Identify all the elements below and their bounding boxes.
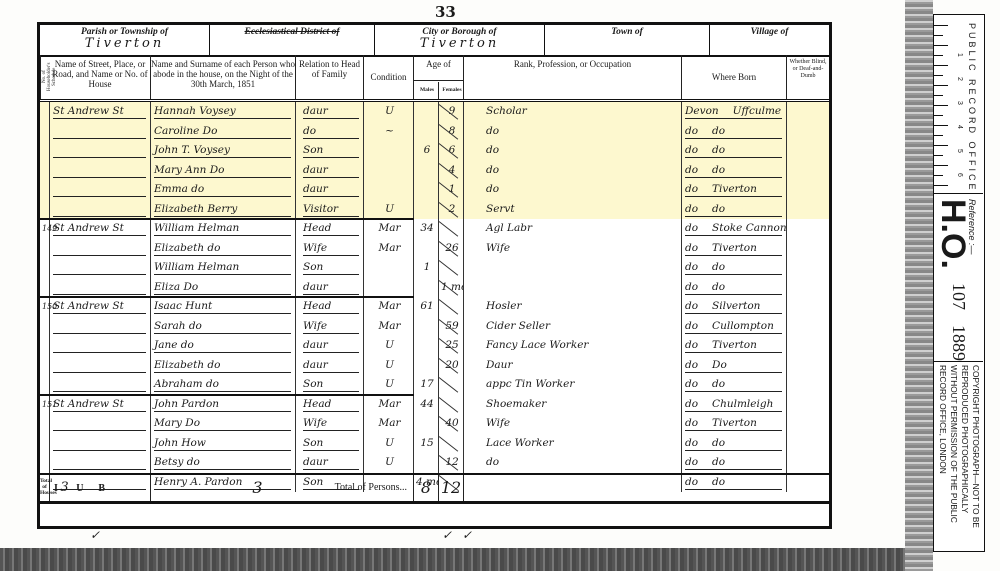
- born-place: Do: [712, 359, 727, 371]
- born-place: Silverton: [712, 300, 760, 312]
- ruler-title: PUBLIC RECORD OFFICE: [967, 23, 977, 193]
- born-place: Tiverton: [712, 183, 757, 195]
- occupation-cell: Wife: [464, 414, 682, 434]
- female-age-cell: 2: [439, 200, 464, 220]
- born-cell: DevonUffculme: [682, 102, 787, 122]
- relation-cell: daur: [296, 161, 364, 181]
- tick-mark: ✓: [462, 528, 472, 542]
- born-place: Tiverton: [712, 417, 757, 429]
- header-blind-deaf: Whether Blind, or Deaf-and-Dumb: [787, 55, 829, 99]
- relation: Son: [303, 375, 359, 392]
- borough-cell: City or Borough of Tiverton: [375, 25, 545, 55]
- ruler-tick: [934, 105, 948, 106]
- occupation-cell: do: [464, 161, 682, 181]
- schedule-cell: [40, 258, 50, 278]
- name-cell: Mary Ann Do: [151, 161, 296, 181]
- male-age-cell: 6: [414, 141, 439, 161]
- condition: U: [385, 359, 394, 371]
- male-age-cell: [414, 200, 439, 220]
- copyright-notice: COPYRIGHT PHOTOGRAPH—NOT TO BE REPRODUCE…: [937, 365, 981, 545]
- name: Emma do: [154, 180, 291, 197]
- header-age-of: Age of: [414, 55, 463, 81]
- born-cell: doStoke Cannon: [682, 219, 787, 239]
- ruler-tick: [934, 75, 943, 76]
- female-age-cell: 1: [439, 180, 464, 200]
- female-age-cell: 20: [439, 356, 464, 376]
- condition-cell: U: [364, 356, 414, 376]
- schedule-cell: [40, 141, 50, 161]
- street-cell: [50, 278, 151, 298]
- street: [53, 453, 146, 470]
- relation: daur: [303, 356, 359, 373]
- born-county: do: [685, 320, 698, 332]
- condition-cell: ~: [364, 122, 414, 142]
- street: [53, 161, 146, 178]
- where-born: doStoke Cannon: [685, 219, 782, 236]
- tick-mark: ✓: [90, 528, 100, 542]
- male-age-cell: [414, 180, 439, 200]
- where-born: dodo: [685, 141, 782, 158]
- table-row: Caroline Dodo~8dododo: [40, 122, 829, 142]
- table-row: Jane dodaurU25Fancy Lace WorkerdoTiverto…: [40, 336, 829, 356]
- occupation: Servt: [486, 203, 515, 215]
- occupation-cell: Scholar: [464, 102, 682, 122]
- occupation-cell: Agl Labr: [464, 219, 682, 239]
- street: [53, 375, 146, 392]
- table-row: St Andrew StHannah VoyseydaurU9ScholarDe…: [40, 102, 829, 122]
- condition: U: [385, 203, 394, 215]
- header-occupation: Rank, Profession, or Occupation: [464, 55, 682, 99]
- ruler: PUBLIC RECORD OFFICE 123456: [934, 15, 983, 194]
- name-cell: Mary Do: [151, 414, 296, 434]
- relation: daur: [303, 161, 359, 178]
- schedule-cell: 150: [40, 297, 50, 317]
- condition: U: [385, 105, 394, 117]
- occupation: Daur: [486, 359, 512, 371]
- ruler-number: 6: [956, 173, 963, 177]
- name: Abraham do: [154, 375, 291, 392]
- table-row: Sarah doWifeMar59Cider SellerdoCullompto…: [40, 317, 829, 337]
- street-cell: [50, 141, 151, 161]
- occupation-cell: [464, 258, 682, 278]
- born-county: do: [685, 378, 698, 390]
- condition-cell: Mar: [364, 239, 414, 259]
- total-houses-label: Total of Houses: [40, 475, 50, 501]
- condition: Mar: [378, 300, 400, 312]
- ruler-tick: [934, 35, 943, 36]
- condition-cell: [364, 258, 414, 278]
- female-age-cell: 1 mo: [439, 278, 464, 298]
- name: Hannah Voysey: [154, 102, 291, 119]
- blind-cell: [787, 258, 829, 278]
- blind-cell: [787, 414, 829, 434]
- born-county: do: [685, 183, 698, 195]
- relation: daur: [303, 336, 359, 353]
- born-cell: doChulmleigh: [682, 395, 787, 415]
- male-age-cell: 34: [414, 219, 439, 239]
- schedule-cell: [40, 317, 50, 337]
- name-cell: John T. Voysey: [151, 141, 296, 161]
- blind-cell: [787, 434, 829, 454]
- ruler-tick: [934, 65, 948, 66]
- street-cell: [50, 258, 151, 278]
- parish-cell: Parish or Township of Tiverton: [40, 25, 210, 55]
- ruler-tick: [934, 185, 948, 186]
- street-cell: [50, 356, 151, 376]
- born-place: do: [712, 125, 725, 137]
- relation: do: [303, 122, 359, 139]
- header-males: Males: [416, 82, 439, 99]
- where-born: doSilverton: [685, 297, 782, 314]
- name-cell: Elizabeth do: [151, 239, 296, 259]
- occupation-cell: [464, 278, 682, 298]
- born-county: do: [685, 300, 698, 312]
- born-county: Devon: [685, 105, 719, 117]
- name: Elizabeth do: [154, 239, 291, 256]
- male-age-cell: 17: [414, 375, 439, 395]
- condition: U: [385, 456, 394, 468]
- total-males: 8: [414, 475, 439, 501]
- female-age-cell: 6: [439, 141, 464, 161]
- street-cell: [50, 122, 151, 142]
- male-age-cell: [414, 161, 439, 181]
- occupation: Shoemaker: [486, 398, 546, 410]
- series-number: 107: [948, 283, 969, 310]
- name: Isaac Hunt: [154, 297, 291, 314]
- relation-cell: Head: [296, 395, 364, 415]
- blind-cell: [787, 122, 829, 142]
- name-cell: Elizabeth Berry: [151, 200, 296, 220]
- occupation-cell: do: [464, 141, 682, 161]
- piece-number: 1889: [948, 325, 969, 361]
- ecclesiastical-label: Ecclesiastical District of: [210, 27, 374, 37]
- female-age-cell: [439, 219, 464, 239]
- street-cell: St Andrew St: [50, 102, 151, 122]
- relation-cell: Son: [296, 141, 364, 161]
- male-age-cell: [414, 102, 439, 122]
- blind-cell: [787, 278, 829, 298]
- relation-cell: do: [296, 122, 364, 142]
- male-age-cell: 61: [414, 297, 439, 317]
- name-cell: Jane do: [151, 336, 296, 356]
- occupation: Wife: [486, 242, 510, 254]
- born-cell: dodo: [682, 122, 787, 142]
- condition-cell: U: [364, 200, 414, 220]
- relation-cell: daur: [296, 102, 364, 122]
- relation: Wife: [303, 239, 359, 256]
- table-row: 151St Andrew StJohn PardonHeadMar44Shoem…: [40, 395, 829, 415]
- condition: Mar: [378, 417, 400, 429]
- name-cell: John How: [151, 434, 296, 454]
- female-age-cell: [439, 375, 464, 395]
- household-separator: [40, 296, 414, 298]
- born-place: do: [712, 203, 725, 215]
- condition-cell: U: [364, 336, 414, 356]
- relation: daur: [303, 453, 359, 470]
- born-cell: doTiverton: [682, 414, 787, 434]
- header-relation: Relation to Head of Family: [296, 55, 364, 99]
- female-age-cell: 59: [439, 317, 464, 337]
- scan-edge-right: [905, 0, 933, 571]
- street-cell: St Andrew St: [50, 219, 151, 239]
- where-born: dodo: [685, 200, 782, 217]
- where-born: dodo: [685, 434, 782, 451]
- born-cell: dodo: [682, 161, 787, 181]
- born-cell: dodo: [682, 375, 787, 395]
- born-place: do: [712, 164, 725, 176]
- street: St Andrew St: [53, 297, 146, 314]
- street-cell: [50, 180, 151, 200]
- relation-cell: Wife: [296, 317, 364, 337]
- where-born: dodo: [685, 161, 782, 178]
- house-counts: I 3 U B: [50, 475, 151, 501]
- census-sheet: Parish or Township of Tiverton Ecclesias…: [37, 22, 832, 529]
- born-place: Tiverton: [712, 242, 757, 254]
- female-age-cell: 8: [439, 122, 464, 142]
- born-place: do: [712, 281, 725, 293]
- name-cell: Isaac Hunt: [151, 297, 296, 317]
- relation-cell: Son: [296, 258, 364, 278]
- born-cell: doTiverton: [682, 336, 787, 356]
- male-age-cell: 1: [414, 258, 439, 278]
- condition-cell: [364, 161, 414, 181]
- district-header: Parish or Township of Tiverton Ecclesias…: [40, 25, 829, 57]
- street-cell: [50, 336, 151, 356]
- condition-cell: U: [364, 102, 414, 122]
- reference-label: Reference :—: [967, 199, 977, 255]
- born-county: do: [685, 203, 698, 215]
- born-county: do: [685, 398, 698, 410]
- relation-cell: Son: [296, 375, 364, 395]
- relation: daur: [303, 102, 359, 119]
- header-condition: Condition: [364, 55, 414, 99]
- table-row: Eliza Dodaur1 mododo: [40, 278, 829, 298]
- table-row: 149St Andrew StWilliam HelmanHeadMar34Ag…: [40, 219, 829, 239]
- relation-cell: daur: [296, 180, 364, 200]
- street: [53, 336, 146, 353]
- table-row: 150St Andrew StIsaac HuntHeadMar61Hosler…: [40, 297, 829, 317]
- name: William Helman: [154, 219, 291, 236]
- relation: daur: [303, 278, 359, 295]
- male-age: 1: [424, 261, 431, 273]
- town-label: Town of: [545, 27, 709, 37]
- schedule-cell: [40, 278, 50, 298]
- street-cell: [50, 239, 151, 259]
- blind-cell: [787, 375, 829, 395]
- street: [53, 141, 146, 158]
- where-born: dodo: [685, 453, 782, 470]
- ruler-number: 4: [956, 125, 963, 129]
- name: Sarah do: [154, 317, 291, 334]
- born-cell: doTiverton: [682, 239, 787, 259]
- condition-cell: Mar: [364, 395, 414, 415]
- occupation-cell: Wife: [464, 239, 682, 259]
- occupation: Fancy Lace Worker: [486, 339, 588, 351]
- schedule-cell: [40, 434, 50, 454]
- born-place: Stoke Cannon: [712, 222, 787, 234]
- born-county: do: [685, 437, 698, 449]
- occupation: Scholar: [486, 105, 527, 117]
- born-county: do: [685, 417, 698, 429]
- born-place: Cullompton: [712, 320, 774, 332]
- uninhabited-prefix: U: [76, 483, 83, 494]
- blind-cell: [787, 219, 829, 239]
- total-persons-label: Total of Persons...: [329, 475, 414, 501]
- occupation: Agl Labr: [486, 222, 532, 234]
- ruler-number: 1: [956, 53, 963, 57]
- street: St Andrew St: [53, 102, 146, 119]
- male-age: 34: [420, 222, 433, 234]
- relation: Visitor: [303, 200, 359, 217]
- street: [53, 278, 146, 295]
- female-age-cell: 25: [439, 336, 464, 356]
- ruler-tick: [934, 55, 943, 56]
- schedule-cell: [40, 122, 50, 142]
- born-county: do: [685, 164, 698, 176]
- blind-cell: [787, 395, 829, 415]
- ecclesiastical-cell: Ecclesiastical District of: [210, 25, 375, 55]
- street: [53, 356, 146, 373]
- condition: Mar: [378, 398, 400, 410]
- born-place: do: [712, 437, 725, 449]
- occupation-cell: do: [464, 122, 682, 142]
- where-born: doChulmleigh: [685, 395, 782, 412]
- ruler-tick: [934, 85, 948, 86]
- table-row: Abraham doSonU17appc Tin Workerdodo: [40, 375, 829, 395]
- born-cell: dodo: [682, 200, 787, 220]
- occupation-cell: Shoemaker: [464, 395, 682, 415]
- ruler-tick: [934, 175, 943, 176]
- female-age-cell: [439, 395, 464, 415]
- where-born: dodo: [685, 375, 782, 392]
- schedule-cell: [40, 200, 50, 220]
- name-cell: Abraham do: [151, 375, 296, 395]
- relation-cell: Head: [296, 297, 364, 317]
- ruler-tick: [934, 25, 948, 26]
- schedule-cell: [40, 102, 50, 122]
- street: [53, 122, 146, 139]
- condition-cell: Mar: [364, 317, 414, 337]
- table-row: John T. VoyseySon66dododo: [40, 141, 829, 161]
- condition: Mar: [378, 222, 400, 234]
- male-age-cell: [414, 239, 439, 259]
- condition: U: [385, 339, 394, 351]
- schedule-cell: [40, 453, 50, 473]
- male-age: 15: [420, 437, 433, 449]
- ruler-tick: [934, 95, 943, 96]
- born-cell: dodo: [682, 141, 787, 161]
- schedule-cell: [40, 161, 50, 181]
- blind-cell: [787, 180, 829, 200]
- relation-cell: daur: [296, 453, 364, 473]
- condition: Mar: [378, 242, 400, 254]
- occupation-cell: Lace Worker: [464, 434, 682, 454]
- street: [53, 434, 146, 451]
- where-born: doCullompton: [685, 317, 782, 334]
- relation: Head: [303, 219, 359, 236]
- where-born: doTiverton: [685, 336, 782, 353]
- female-age-cell: 26: [439, 239, 464, 259]
- table-row: Elizabeth doWifeMar26WifedoTiverton: [40, 239, 829, 259]
- female-age-cell: [439, 258, 464, 278]
- occupation: do: [486, 456, 499, 468]
- occupation: Lace Worker: [486, 437, 554, 449]
- name: Eliza Do: [154, 278, 291, 295]
- relation-cell: Wife: [296, 414, 364, 434]
- inhabited-count: 3: [60, 480, 68, 495]
- name: Mary Do: [154, 414, 291, 431]
- male-age: 44: [420, 398, 433, 410]
- totals-row: Total of Houses I 3 U B 3 Total of Perso…: [40, 473, 829, 504]
- where-born: dodo: [685, 258, 782, 275]
- born-place: do: [712, 378, 725, 390]
- street-cell: [50, 200, 151, 220]
- name-cell: Eliza Do: [151, 278, 296, 298]
- ruler-tick: [934, 125, 948, 126]
- table-row: Elizabeth dodaurU20DaurdoDo: [40, 356, 829, 376]
- name: William Helman: [154, 258, 291, 275]
- condition-cell: U: [364, 453, 414, 473]
- relation: Son: [303, 258, 359, 275]
- schedule-cell: [40, 375, 50, 395]
- condition-cell: [364, 141, 414, 161]
- born-county: do: [685, 144, 698, 156]
- occupation-cell: do: [464, 453, 682, 473]
- born-county: do: [685, 222, 698, 234]
- name-cell: Betsy do: [151, 453, 296, 473]
- born-cell: doDo: [682, 356, 787, 376]
- name: Betsy do: [154, 453, 291, 470]
- blind-cell: [787, 200, 829, 220]
- blind-cell: [787, 453, 829, 473]
- name: Elizabeth Berry: [154, 200, 291, 217]
- street: [53, 258, 146, 275]
- street: St Andrew St: [53, 219, 146, 236]
- occupation: Hosler: [486, 300, 521, 312]
- born-cell: dodo: [682, 278, 787, 298]
- male-age-cell: [414, 356, 439, 376]
- occupation: Wife: [486, 417, 510, 429]
- occupation: appc Tin Worker: [486, 378, 574, 390]
- header-age: Age of Males Females: [414, 55, 464, 99]
- where-born: dodo: [685, 278, 782, 295]
- born-place: do: [712, 456, 725, 468]
- relation: Head: [303, 395, 359, 412]
- street-cell: St Andrew St: [50, 395, 151, 415]
- village-label: Village of: [710, 27, 829, 37]
- condition-cell: Mar: [364, 297, 414, 317]
- female-age-cell: 12: [439, 453, 464, 473]
- born-county: do: [685, 456, 698, 468]
- occupation: Cider Seller: [486, 320, 550, 332]
- male-age-cell: [414, 414, 439, 434]
- name: John T. Voysey: [154, 141, 291, 158]
- female-age-cell: [439, 434, 464, 454]
- household-separator: [40, 394, 414, 396]
- male-age-cell: [414, 336, 439, 356]
- street-cell: [50, 161, 151, 181]
- relation: Son: [303, 434, 359, 451]
- blind-cell: [787, 161, 829, 181]
- schedule-cell: 149: [40, 219, 50, 239]
- street-cell: [50, 317, 151, 337]
- born-county: do: [685, 261, 698, 273]
- name: Caroline Do: [154, 122, 291, 139]
- blind-cell: [787, 297, 829, 317]
- born-cell: dodo: [682, 453, 787, 473]
- born-place: do: [712, 261, 725, 273]
- occupation: do: [486, 164, 499, 176]
